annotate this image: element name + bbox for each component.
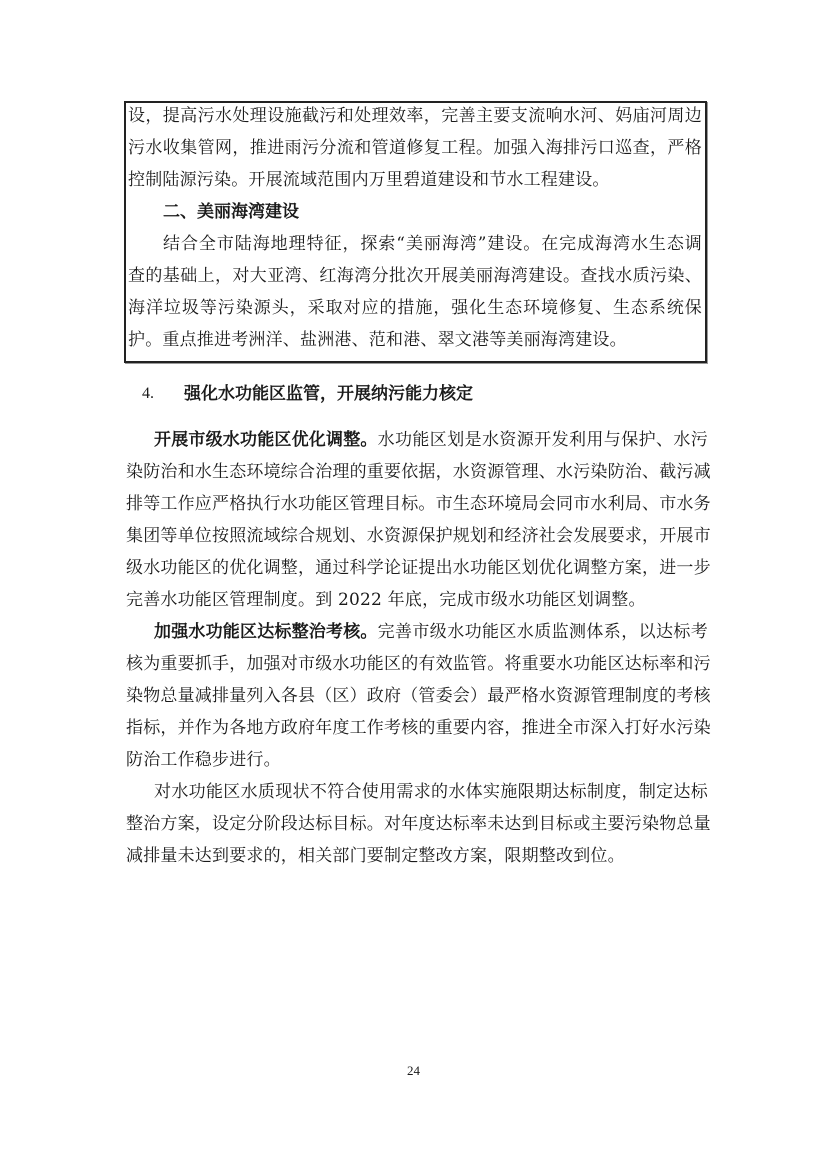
paragraph-lead: 加强水功能区达标整治考核。 [154,622,378,642]
box-subheading: 二、美丽海湾建设 [163,202,299,222]
paragraph-line: 指标，并作为各地方政府年度工作考核的重要内容，推进全市深入打好水污染 [126,718,708,738]
box-para-line: 护。重点推进考洲洋、盐洲港、范和港、翠文港等美丽海湾建设。 [128,330,627,350]
paragraph-text: 水功能区划是水资源开发利用与保护、水污 [378,430,708,450]
box-para-line: 查的基础上，对大亚湾、红海湾分批次开展美丽海湾建设。查找水质污染、 [128,266,702,286]
paragraph-line: 防治工作稳步进行。 [126,750,281,770]
paragraph-line: 完善水功能区管理制度。到 2022 年底，完成市级水功能区划调整。 [126,590,646,610]
paragraph-line: 染防治和水生态环境综合治理的重要依据，水资源管理、水污染防治、截污减 [126,462,708,482]
box-para-line: 海洋垃圾等污染源头，采取对应的措施，强化生态环境修复、生态系统保 [128,298,702,318]
paragraph-text: 完善市级水功能区水质监测体系，以达标考 [378,622,708,642]
page-number: 24 [0,1063,827,1079]
box-para-line: 结合全市陆海地理特征，探索“美丽海湾”建设。在完成海湾水生态调 [163,234,702,254]
paragraph-line: 整治方案，设定分阶段达标目标。对年度达标率未达到目标或主要污染物总量 [126,814,708,834]
paragraph-first-line: 加强水功能区达标整治考核。 完善市级水功能区水质监测体系，以达标考 [154,622,708,642]
paragraph-first-line: 开展市级水功能区优化调整。 水功能区划是水资源开发利用与保护、水污 [154,430,708,450]
paragraph-line: 排等工作应严格执行水功能区管理目标。市生态环境局会同市水利局、市水务 [126,494,708,514]
paragraph-lead: 开展市级水功能区优化调整。 [154,430,378,450]
document-page: 设，提高污水处理设施截污和处理效率，完善主要支流响水河、妈庙河周边 污水收集管网… [0,0,827,1170]
paragraph-line: 集团等单位按照流域综合规划、水资源保护规划和经济社会发展要求，开展市 [126,526,708,546]
box-text-line: 控制陆源污染。开展流域范围内万里碧道建设和节水工程建设。 [128,170,610,190]
paragraph-line: 减排量未达到要求的，相关部门要制定整改方案，限期整改到位。 [126,846,625,866]
section-number: 4. [142,384,154,404]
paragraph-line: 级水功能区的优化调整，通过科学论证提出水功能区划优化调整方案，进一步 [126,558,708,578]
box-text-line: 设，提高污水处理设施截污和处理效率，完善主要支流响水河、妈庙河周边 [128,106,702,126]
paragraph-line: 核为重要抓手，加强对市级水功能区的有效监管。将重要水功能区达标率和污 [126,654,708,674]
section-title: 强化水功能区监管，开展纳污能力核定 [184,384,473,404]
box-text-line: 污水收集管网，推进雨污分流和管道修复工程。加强入海排污口巡查，严格 [128,138,702,158]
paragraph-first-line: 对水功能区水质现状不符合使用需求的水体实施限期达标制度，制定达标 [154,782,708,802]
paragraph-line: 染物总量减排量列入各县（区）政府（管委会）最严格水资源管理制度的考核 [126,686,708,706]
